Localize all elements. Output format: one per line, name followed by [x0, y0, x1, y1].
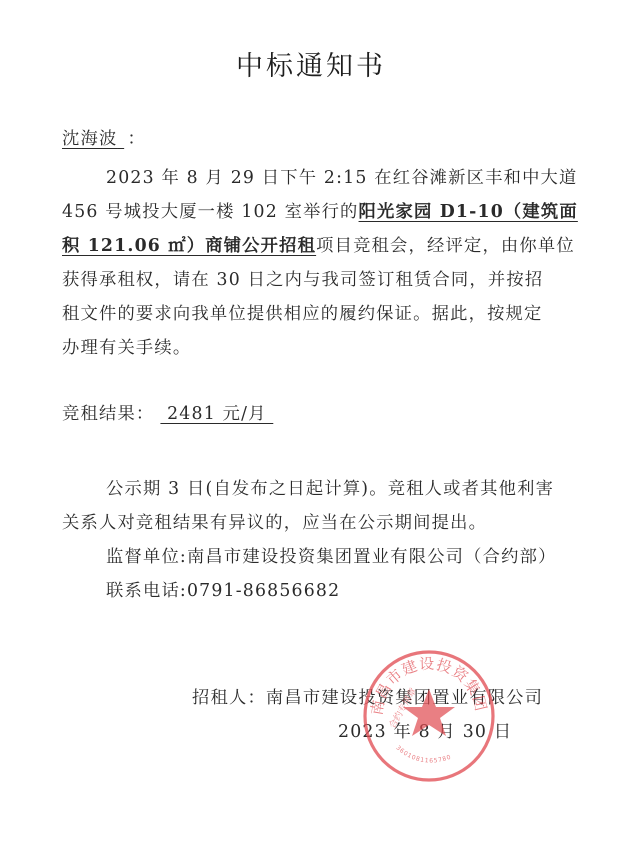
result-line: 竞租结果： 2481 元/月: [62, 404, 273, 424]
body-line-6: 办理有关手续。: [62, 338, 191, 358]
body-line-2: 456 号城投大厦一楼 102 室举行的阳光家园 D1-10（建筑面: [62, 202, 578, 222]
result-value: 2481 元/月: [160, 404, 273, 424]
project-name-part1: 阳光家园 D1-10（建筑面: [359, 202, 578, 222]
recipient-line: 沈海波 ：: [62, 129, 146, 149]
underline-spacer: [117, 129, 127, 149]
body-line-3: 积 121.06 ㎡）商铺公开招租项目竞租会，经评定，由你单位: [62, 236, 575, 256]
body-line-3-text: 项目竞租会，经评定，由你单位: [316, 236, 575, 256]
body-line-2-text: 456 号城投大厦一楼 102 室举行的: [62, 202, 359, 222]
notice-line-2: 关系人对竞租结果有异议的，应当在公示期间提出。: [62, 513, 487, 533]
document-title: 中标通知书: [0, 44, 622, 83]
supervisor-line: 监督单位:南昌市建设投资集团置业有限公司（合约部）: [106, 547, 557, 567]
body-line-5: 租文件的要求向我单位提供相应的履约保证。据此，按规定: [62, 304, 543, 324]
recipient-colon: ：: [127, 129, 145, 149]
lessor-line: 招租人：南昌市建设投资集团置业有限公司: [192, 688, 543, 708]
date-line: 2023 年 8 月 30 日: [338, 722, 512, 742]
phone-line: 联系电话:0791-86856682: [106, 581, 340, 601]
recipient-name: 沈海波: [62, 129, 117, 149]
body-line-1: 2023 年 8 月 29 日下午 2:15 在红谷滩新区丰和中大道: [106, 168, 578, 188]
result-label: 竞租结果：: [62, 404, 154, 424]
notice-line-1: 公示期 3 日(自发布之日起计算)。竞租人或者其他利害: [106, 479, 554, 499]
project-name-part2: 积 121.06 ㎡）商铺公开招租: [62, 236, 316, 256]
body-line-4: 获得承租权，请在 30 日之内与我司签订租赁合同，并按招: [62, 270, 543, 290]
seal-number: 3601081165780: [395, 744, 453, 764]
svg-text:3601081165780: 3601081165780: [395, 744, 453, 764]
company-seal-icon: 南昌市建设投资集团置业有限公司 合约专用章 3601081165780: [362, 649, 496, 783]
